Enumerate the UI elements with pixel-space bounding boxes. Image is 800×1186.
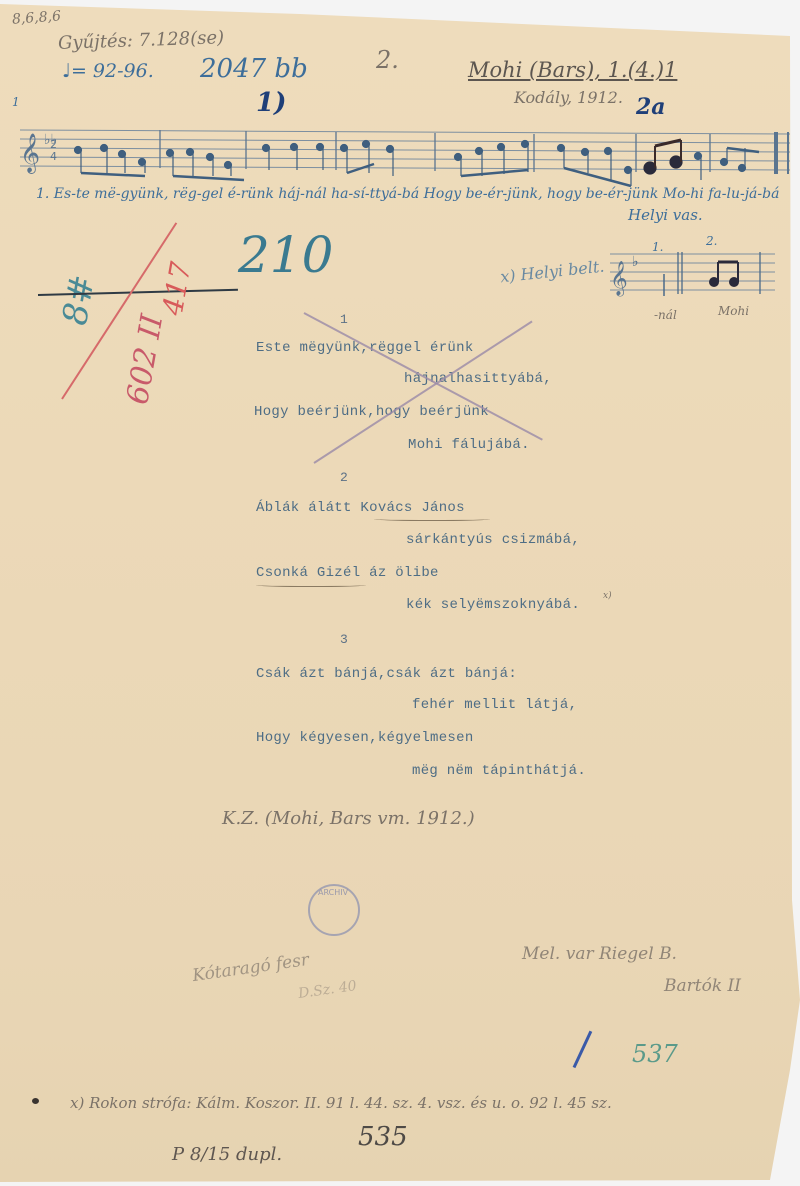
verse-line: mëg nëm tápinthátjá.: [412, 763, 586, 779]
variant-ending-2: 2.: [706, 234, 717, 248]
archive-stamp: ARCHIV: [308, 884, 360, 936]
verse-line: Este mëgyünk,rëggel érünk: [256, 340, 474, 356]
stamp-text: ARCHIV: [318, 888, 348, 897]
stanza-number: 1: [340, 312, 348, 327]
variant-staff: 𝄞 ♭: [610, 248, 780, 308]
variant-lyric-1: -nál: [654, 308, 677, 322]
melody-note: Mel. var Riegel B.: [522, 944, 677, 964]
syllable-count: 8,6,8,6: [12, 8, 62, 27]
bottom-number: 535: [358, 1122, 408, 1152]
verse-line: Mohi fálujábá.: [408, 437, 530, 453]
line-number: 1: [12, 95, 20, 109]
verse-line: fehér mellit látjá,: [412, 697, 577, 713]
verse-line: sárkántyús csizmábá,: [406, 532, 580, 548]
wavy-underline: [374, 516, 490, 521]
variant-ending-1: 1.: [652, 240, 663, 254]
footnote-text: x) Rokon strófa: Kálm. Koszor. II. 91 l.…: [70, 1094, 612, 1112]
svg-text:𝄞: 𝄞: [20, 133, 40, 174]
ink-dot: [32, 1098, 39, 1104]
teal-number: 537: [632, 1040, 678, 1068]
page-number: 2.: [376, 46, 399, 74]
verse-line: Áblák álátt Kovács János: [256, 500, 465, 516]
stanza-number: 3: [340, 632, 348, 647]
svg-text:♭: ♭: [632, 254, 639, 270]
location-title: Mohi (Bars), 1.(4.)1: [468, 58, 677, 82]
tempo-marking: ♩= 92-96.: [62, 60, 154, 82]
crossed-number: 8#: [55, 272, 103, 328]
blue-mark: 2a: [636, 94, 666, 120]
verse-line: kék selyëmszoknyábá.: [406, 597, 580, 613]
variant-lyric-2: Mohi: [718, 304, 749, 318]
bottom-reference: P 8/15 dupl.: [172, 1144, 282, 1165]
big-number: 210: [238, 226, 333, 284]
svg-text:4: 4: [50, 150, 57, 163]
verse-line: Hogy beérjünk,hogy beérjünk: [254, 404, 489, 420]
verse-line: Hogy kégyesen,kégyelmesen: [256, 730, 474, 746]
footnote-mark: x): [603, 591, 612, 601]
measure-mark: 1): [256, 88, 286, 118]
lyrics-line: 1. Es-te më-gyünk, rëg-gel é-rünk háj-ná…: [36, 186, 779, 202]
catalog-number: 2047 bb: [200, 54, 308, 84]
wavy-underline: [256, 582, 366, 587]
stanza-number: 2: [340, 470, 348, 485]
verse-line-text: Áblák álátt Kovács János: [256, 500, 465, 516]
melody-note-2: Bartók II: [664, 976, 741, 996]
collector-year: Kodály, 1912.: [514, 88, 623, 107]
svg-text:𝄞: 𝄞: [610, 261, 628, 297]
variant-label: Helyi vas.: [628, 206, 703, 224]
verse-line: Csák ázt bánjá,csák ázt bánjá:: [256, 666, 517, 682]
collector-note: K.Z. (Mohi, Bars vm. 1912.): [222, 808, 475, 829]
verse-line: Csonká Gizél áz ölibe: [256, 565, 439, 581]
